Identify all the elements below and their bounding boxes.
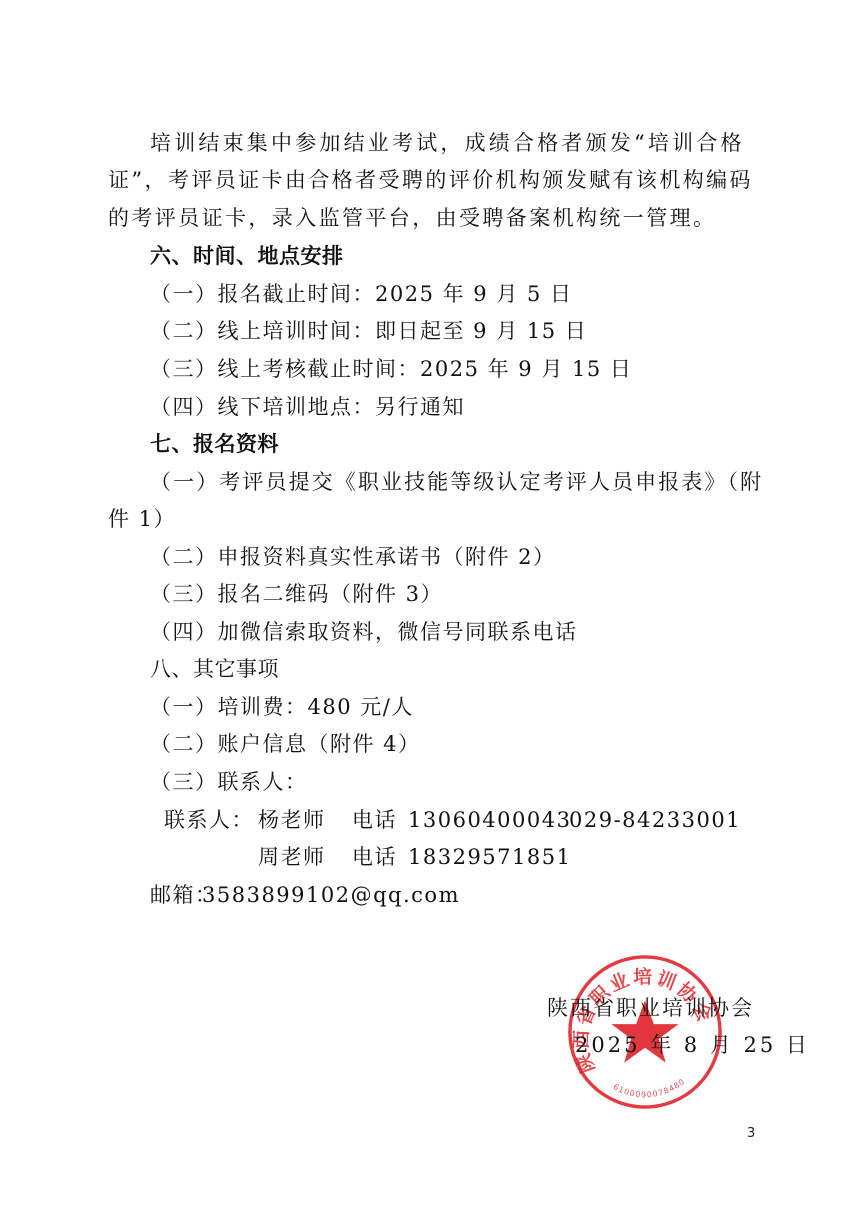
contact-name: 周老师 xyxy=(258,845,326,869)
section-8-item-3: （三）联系人： xyxy=(150,770,308,794)
contact-phone-label: 电话 xyxy=(352,808,397,832)
signature-date: 2025 年 8 月 25 日 xyxy=(575,1033,810,1057)
section-7-item-1-line-2: 件 1） xyxy=(108,507,176,531)
intro-line-2: 证”，考评员证卡由合格者受聘的评价机构颁发赋有该机构编码 xyxy=(108,168,753,192)
contact-phone: 18329571851 xyxy=(408,845,571,869)
section-7-item-1-line-1: （一）考评员提交《职业技能等级认定考评人员申报表》（附 xyxy=(150,470,763,494)
section-8-heading: 八、其它事项 xyxy=(150,657,279,681)
section-7-item-4: （四）加微信索取资料，微信号同联系电话 xyxy=(150,620,578,644)
contact-phone-label: 电话 xyxy=(352,845,397,869)
section-8-item-1: （一）培训费：480 元/人 xyxy=(150,695,414,719)
section-6-item-2: （二）线上培训时间：即日起至 9 月 15 日 xyxy=(150,319,587,343)
section-6-item-1: （一）报名截止时间：2025 年 9 月 5 日 xyxy=(150,282,573,306)
svg-text:6100090078480: 6100090078480 xyxy=(612,1077,687,1100)
signature-organization: 陕西省职业培训协会 xyxy=(547,996,754,1020)
contact-name: 杨老师 xyxy=(258,808,326,832)
section-7-heading: 七、报名资料 xyxy=(150,432,279,456)
section-6-item-3: （三）线上考核截止时间：2025 年 9 月 15 日 xyxy=(150,357,632,381)
contact-phone: 13060400043 xyxy=(408,808,571,832)
email-address[interactable]: 3583899102@qq.com xyxy=(202,883,460,907)
section-6-heading: 六、时间、地点安排 xyxy=(150,244,344,268)
intro-line-1: 培训结束集中参加结业考试，成绩合格者颁发“培训合格 xyxy=(150,131,745,155)
section-6-item-4: （四）线下培训地点：另行通知 xyxy=(150,395,465,419)
page-number: 3 xyxy=(747,1126,755,1141)
section-7-item-3: （三）报名二维码（附件 3） xyxy=(150,582,443,606)
intro-line-3: 的考评员证卡，录入监管平台，由受聘备案机构统一管理。 xyxy=(108,206,716,230)
official-seal-icon: 陕西省职业培训协会 6100090078480 xyxy=(566,953,724,1111)
section-8-item-2: （二）账户信息（附件 4） xyxy=(150,732,421,756)
section-7-item-2: （二）申报资料真实性承诺书（附件 2） xyxy=(150,545,556,569)
contact-landline: 029-84233001 xyxy=(569,808,741,832)
contact-prefix: 联系人： xyxy=(164,808,254,832)
